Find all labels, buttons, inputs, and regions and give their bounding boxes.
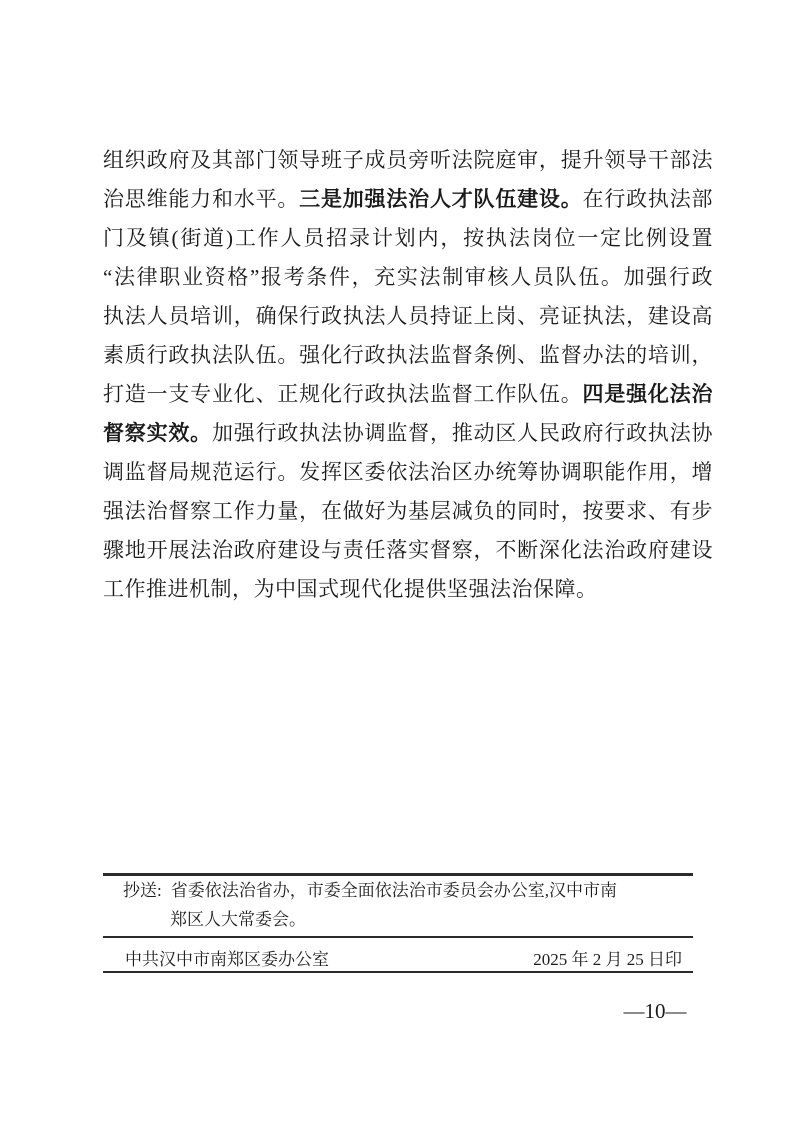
body-line-10: 强法治督察工作力量，在做好为基层减负的同时，按要求、有步 bbox=[103, 492, 713, 531]
body-line-4: “法律职业资格”报考条件，充实法制审核人员队伍。加强行政 bbox=[103, 258, 713, 297]
cc-label: 抄送: bbox=[123, 881, 162, 900]
body-line-1: 组织政府及其部门领导班子成员旁听法院庭审，提升领导干部法 bbox=[103, 141, 713, 180]
body-line-11: 骤地开展法治政府建设与责任落实督察，不断深化法治政府建设 bbox=[103, 531, 713, 570]
body-line-8: 督察实效。加强行政执法协调监督，推动区人民政府行政执法协 bbox=[103, 414, 713, 453]
cc-recipients-line1: 省委依法治省办，市委全面依法治市委员会办公室,汉中市南 bbox=[171, 881, 617, 900]
cc-recipients-line2: 郑区人大常委会。 bbox=[170, 910, 693, 930]
divider-middle bbox=[103, 936, 693, 938]
document-page: 组织政府及其部门领导班子成员旁听法院庭审，提升领导干部法 治思维能力和水平。三是… bbox=[0, 0, 792, 1121]
cc-line-1: 抄送:省委依法治省办，市委全面依法治市委员会办公室,汉中市南 bbox=[123, 881, 693, 901]
divider-top bbox=[103, 873, 693, 876]
body-line-2: 治思维能力和水平。三是加强法治人才队伍建设。在行政执法部 bbox=[103, 180, 713, 219]
body-line-9: 调监督局规范运行。发挥区委依法治区办统筹协调职能作用，增 bbox=[103, 453, 713, 492]
divider-bottom bbox=[103, 971, 693, 973]
print-date: 2025 年 2 月 25 日印 bbox=[533, 945, 682, 970]
body-line-3: 门及镇(街道)工作人员招录计划内，按执法岗位一定比例设置 bbox=[103, 219, 713, 258]
body-line-5: 执法人员培训，确保行政执法人员持证上岗、亮证执法，建设高 bbox=[103, 297, 713, 336]
cc-block: 抄送:省委依法治省办，市委全面依法治市委员会办公室,汉中市南 郑区人大常委会。 bbox=[103, 881, 693, 930]
body-line-7: 打造一支专业化、正规化行政执法监督工作队伍。四是强化法治 bbox=[103, 375, 713, 414]
issuer-office: 中共汉中市南郑区委办公室 bbox=[125, 945, 329, 970]
body-text: 组织政府及其部门领导班子成员旁听法院庭审，提升领导干部法 治思维能力和水平。三是… bbox=[103, 141, 713, 609]
body-line-12: 工作推进机制，为中国式现代化提供坚强法治保障。 bbox=[103, 570, 713, 609]
issuer-row: 中共汉中市南郑区委办公室 2025 年 2 月 25 日印 bbox=[103, 945, 693, 970]
body-line-6: 素质行政执法队伍。强化行政执法监督条例、监督办法的培训， bbox=[103, 336, 713, 375]
page-number: —10— bbox=[605, 999, 705, 1024]
